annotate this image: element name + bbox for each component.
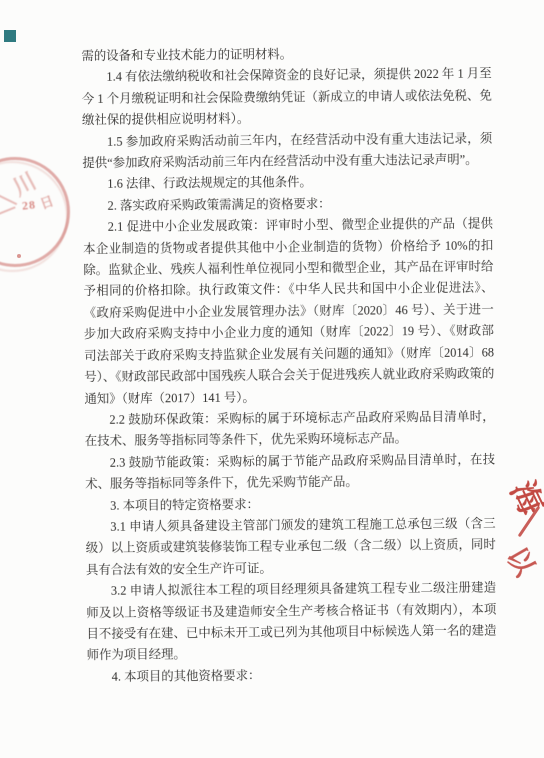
paragraph: 2.3 鼓励节能政策：采购标的属于节能产品政府采购品目清单时，在技术、服务等指标…: [85, 449, 495, 495]
scanned-document-page: 川 28 日 需的设备和专业技术能力的证明材料。 1.4 有依法缴纳税收和社会保…: [0, 0, 544, 758]
paragraph: 1.5 参加政府采购活动前三年内，在经营活动中没有重大违法记录，须提供“参加政府…: [82, 128, 492, 174]
paragraph: 2.1 促进中小企业发展政策：评审时小型、微型企业提供的产品（提供本企业制造的货…: [83, 214, 495, 410]
paragraph: 1.4 有依法缴纳税收和社会保障资金的良好记录，须提供 2022 年 1 月至今…: [82, 64, 493, 132]
seal-ring-icon: [0, 161, 68, 272]
seal-dot: [17, 254, 21, 258]
seal-glyph: 川: [7, 165, 41, 203]
scan-artifact-square: [4, 30, 16, 42]
seal-stroke: [0, 193, 17, 205]
seal-glyph: 28: [21, 197, 36, 213]
paragraph: 4. 本项目的其他资格要求：: [87, 663, 497, 688]
official-seal-partial: 川 28 日: [0, 140, 80, 280]
paragraph: 3.2 申请人拟派往本工程的项目经理须具备建筑工程专业二级注册建造师及以上资格等…: [86, 578, 497, 667]
document-text: 需的设备和专业技术能力的证明材料。 1.4 有依法缴纳税收和社会保障资金的良好记…: [81, 42, 497, 688]
stamp-stroke: [518, 506, 541, 538]
stamp-glyph: 海: [501, 473, 544, 522]
stamp-glyph: 以: [499, 539, 544, 582]
paragraph: 3.1 申请人须具备建设主管部门颁发的建筑工程施工总承包三级（含三级）以上资质或…: [85, 513, 496, 581]
seal-ring-icon: [0, 157, 70, 267]
seal-glyph: 日: [37, 190, 56, 212]
paragraph: 2.2 鼓励环保政策：采购标的属于环境标志产品政府采购品目清单时，在技术、服务等…: [85, 406, 495, 452]
seal-stroke: [0, 206, 16, 215]
